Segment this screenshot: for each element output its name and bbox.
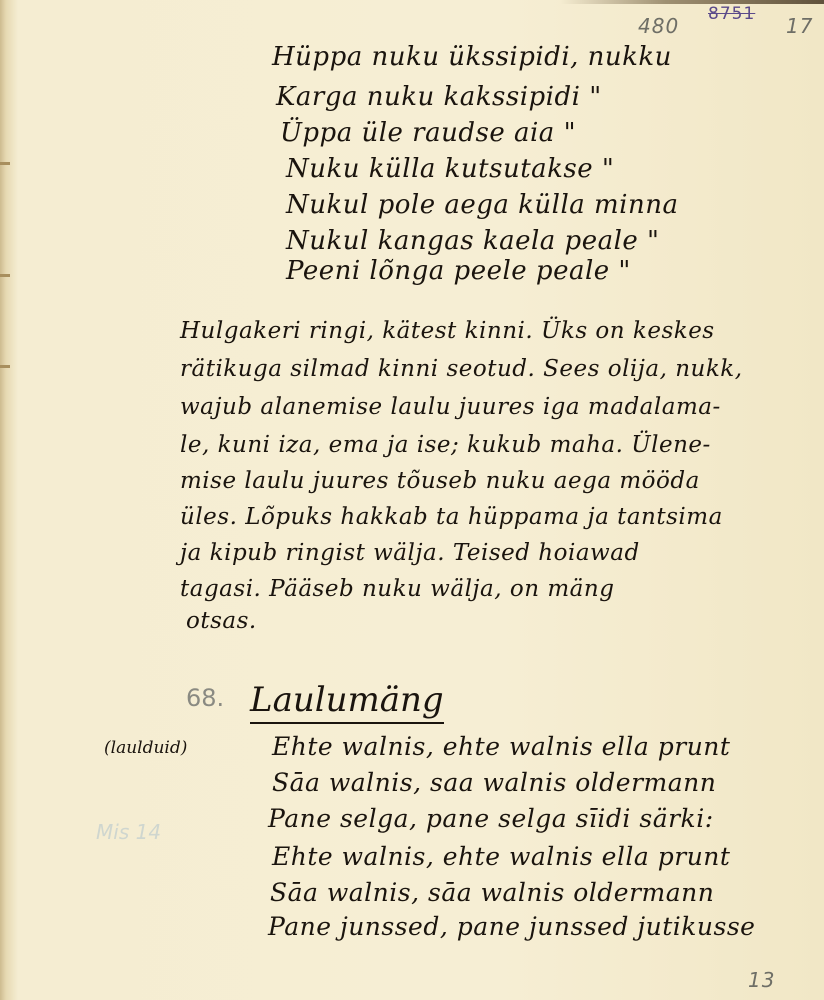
page-number-top: 17 (786, 14, 813, 38)
verse-line: Üppa üle raudse aia " (280, 118, 576, 148)
verse-line: Nukul kangas kaela peale " (286, 226, 660, 256)
struck-stamp-number: 8751 (708, 4, 755, 24)
paragraph-line: rätikuga silmad kinni seotud. Sees olija… (180, 356, 743, 382)
page-number-bottom: 13 (748, 968, 775, 992)
song-number: 68. (186, 684, 224, 712)
paragraph-line: le, kuni iza, ema ja ise; kukub maha. Ül… (180, 432, 711, 458)
verse-line: Nuku külla kutsutakse " (286, 154, 614, 184)
song-title: Laulumäng (250, 680, 444, 724)
margin-note: (laulduid) (104, 738, 187, 758)
paragraph-line: Hulgakeri ringi, kätest kinni. Üks on ke… (180, 318, 715, 344)
binding-notch (0, 162, 10, 165)
song-line: Pane junssed, pane junssed jutikusse (268, 912, 755, 941)
archive-number: 480 (638, 14, 679, 38)
verse-line: Karga nuku kakssipidi " (276, 82, 602, 112)
paragraph-line: üles. Lõpuks hakkab ta hüppama ja tantsi… (180, 504, 723, 530)
paragraph-line: wajub alanemise laulu juures iga madalam… (180, 394, 721, 420)
song-line: Sāa walnis, saa walnis oldermann (272, 768, 716, 797)
verse-line: Hüppa nuku ükssipidi, nukku (272, 42, 672, 72)
song-line: Ehte walnis, ehte walnis ella prunt (272, 732, 730, 761)
verse-line: Nukul pole aega külla minna (286, 190, 679, 220)
paragraph-line: mise laulu juures tõuseb nuku aega mööda (180, 468, 700, 494)
song-line: Sāa walnis, sāa walnis oldermann (270, 878, 714, 907)
paragraph-line: tagasi. Pääseb nuku wälja, on mäng (180, 576, 614, 602)
verse-line: Peeni lõnga peele peale " (286, 256, 631, 286)
song-line: Pane selga, pane selga sīidi särki: (268, 804, 714, 833)
paragraph-line: otsas. (186, 608, 257, 634)
song-line: Ehte walnis, ehte walnis ella prunt (272, 842, 730, 871)
bleedthrough-note: Mis 14 (96, 820, 161, 844)
paragraph-line: ja kipub ringist wälja. Teised hoiawad (180, 540, 640, 566)
binding-notch (0, 274, 10, 277)
binding-notch (0, 365, 10, 368)
manuscript-page: 480 8751 17 Hüppa nuku ükssipidi, nukku … (0, 0, 824, 1000)
page-top-edge (560, 0, 824, 4)
